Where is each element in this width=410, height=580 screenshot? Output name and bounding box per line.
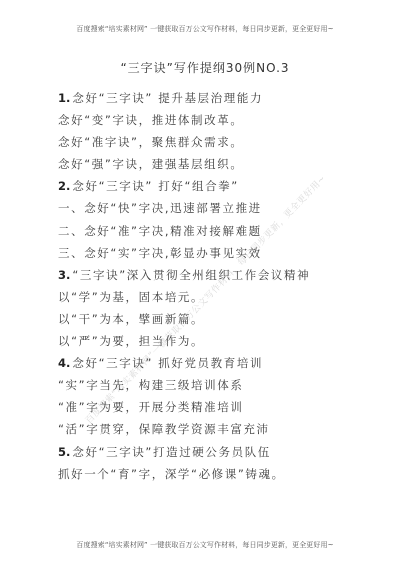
body-line: 念好“准字诀”，聚焦群众需求。 bbox=[58, 133, 378, 155]
section-number: 1. bbox=[58, 91, 70, 105]
line-text: 二、念好“准”字决,精准对接解难题 bbox=[58, 224, 262, 238]
document-body: 1.念好“三字诀” 提升基层治理能力 念好“变”字诀，推进体制改革。 念好“准字… bbox=[58, 89, 378, 487]
body-line: 三、念好“实”字决,彰显办事见实效 bbox=[58, 244, 378, 266]
body-line: 一、念好“快”字决,迅速部署立推进 bbox=[58, 199, 378, 221]
line-text: “活”字贯穿，保障教学资源丰富充沛 bbox=[58, 422, 270, 436]
line-text: 念好“三字诀” 抓好党员教育培训 bbox=[72, 356, 263, 370]
line-text: “实”字当先，构建三级培训体系 bbox=[58, 378, 243, 392]
line-text: 以“学”为基，固本培元。 bbox=[58, 290, 204, 304]
line-text: 以“严”为要，担当作为。 bbox=[58, 334, 204, 348]
body-line: 以“学”为基，固本培元。 bbox=[58, 288, 378, 310]
section-number: 3. bbox=[58, 268, 70, 282]
page-header: 百度搜索“培实素材网” 一键获取百万公文写作材料，每日同步更新，更全更好用~ bbox=[0, 24, 410, 34]
line-text: 以“干”为本，擘画新篇。 bbox=[58, 312, 204, 326]
heading-line: 3.“三字诀”深入贯彻全州组织工作会议精神 bbox=[58, 266, 378, 288]
heading-line: 5.念好“三字诀”打造过硬公务员队伍 bbox=[58, 443, 378, 465]
heading-line: 1.念好“三字诀” 提升基层治理能力 bbox=[58, 89, 378, 111]
line-text: 三、念好“实”字决,彰显办事见实效 bbox=[58, 246, 262, 260]
line-text: 念好“三字诀”打造过硬公务员队伍 bbox=[72, 445, 271, 459]
line-text: “三字诀”深入贯彻全州组织工作会议精神 bbox=[72, 268, 310, 282]
page-footer: 百度搜索“培实素材网” 一键获取百万公文写作材料，每日同步更新，更全更好用~ bbox=[0, 540, 410, 550]
heading-line: 2.念好“三字诀” 打好“组合拳” bbox=[58, 177, 378, 199]
body-line: 抓好一个“育”字，深学“必修课”铸魂。 bbox=[58, 465, 378, 487]
line-text: 念好“准字诀”，聚焦群众需求。 bbox=[58, 135, 243, 149]
heading-line: 4.念好“三字诀” 抓好党员教育培训 bbox=[58, 354, 378, 376]
section-number: 4. bbox=[58, 356, 70, 370]
body-line: 念好“变”字诀，推进体制改革。 bbox=[58, 111, 378, 133]
line-text: 抓好一个“育”字，深学“必修课”铸魂。 bbox=[58, 467, 285, 481]
section-number: 2. bbox=[58, 179, 70, 193]
body-line: “实”字当先，构建三级培训体系 bbox=[58, 376, 378, 398]
body-line: 二、念好“准”字决,精准对接解难题 bbox=[58, 222, 378, 244]
section-number: 5. bbox=[58, 445, 70, 459]
body-line: “准”字为要，开展分类精准培训 bbox=[58, 398, 378, 420]
line-text: 念好“三字诀” 提升基层治理能力 bbox=[72, 91, 263, 105]
body-line: 以“干”为本，擘画新篇。 bbox=[58, 310, 378, 332]
line-text: 念好“变”字诀，推进体制改革。 bbox=[58, 113, 243, 127]
document-title: “三字诀”写作提纲30例NO.3 bbox=[0, 59, 410, 76]
line-text: “准”字为要，开展分类精准培训 bbox=[58, 400, 243, 414]
body-line: 以“严”为要，担当作为。 bbox=[58, 332, 378, 354]
line-text: 一、念好“快”字决,迅速部署立推进 bbox=[58, 201, 262, 215]
body-line: “活”字贯穿，保障教学资源丰富充沛 bbox=[58, 420, 378, 442]
body-line: 念好“强”字诀，建强基层组织。 bbox=[58, 155, 378, 177]
line-text: 念好“三字诀” 打好“组合拳” bbox=[72, 179, 239, 193]
line-text: 念好“强”字诀，建强基层组织。 bbox=[58, 157, 243, 171]
document-page: 百度搜索“培实素材网” 一键获取百万公文写作材料，每日同步更新，更全更好用~ “… bbox=[0, 0, 410, 580]
